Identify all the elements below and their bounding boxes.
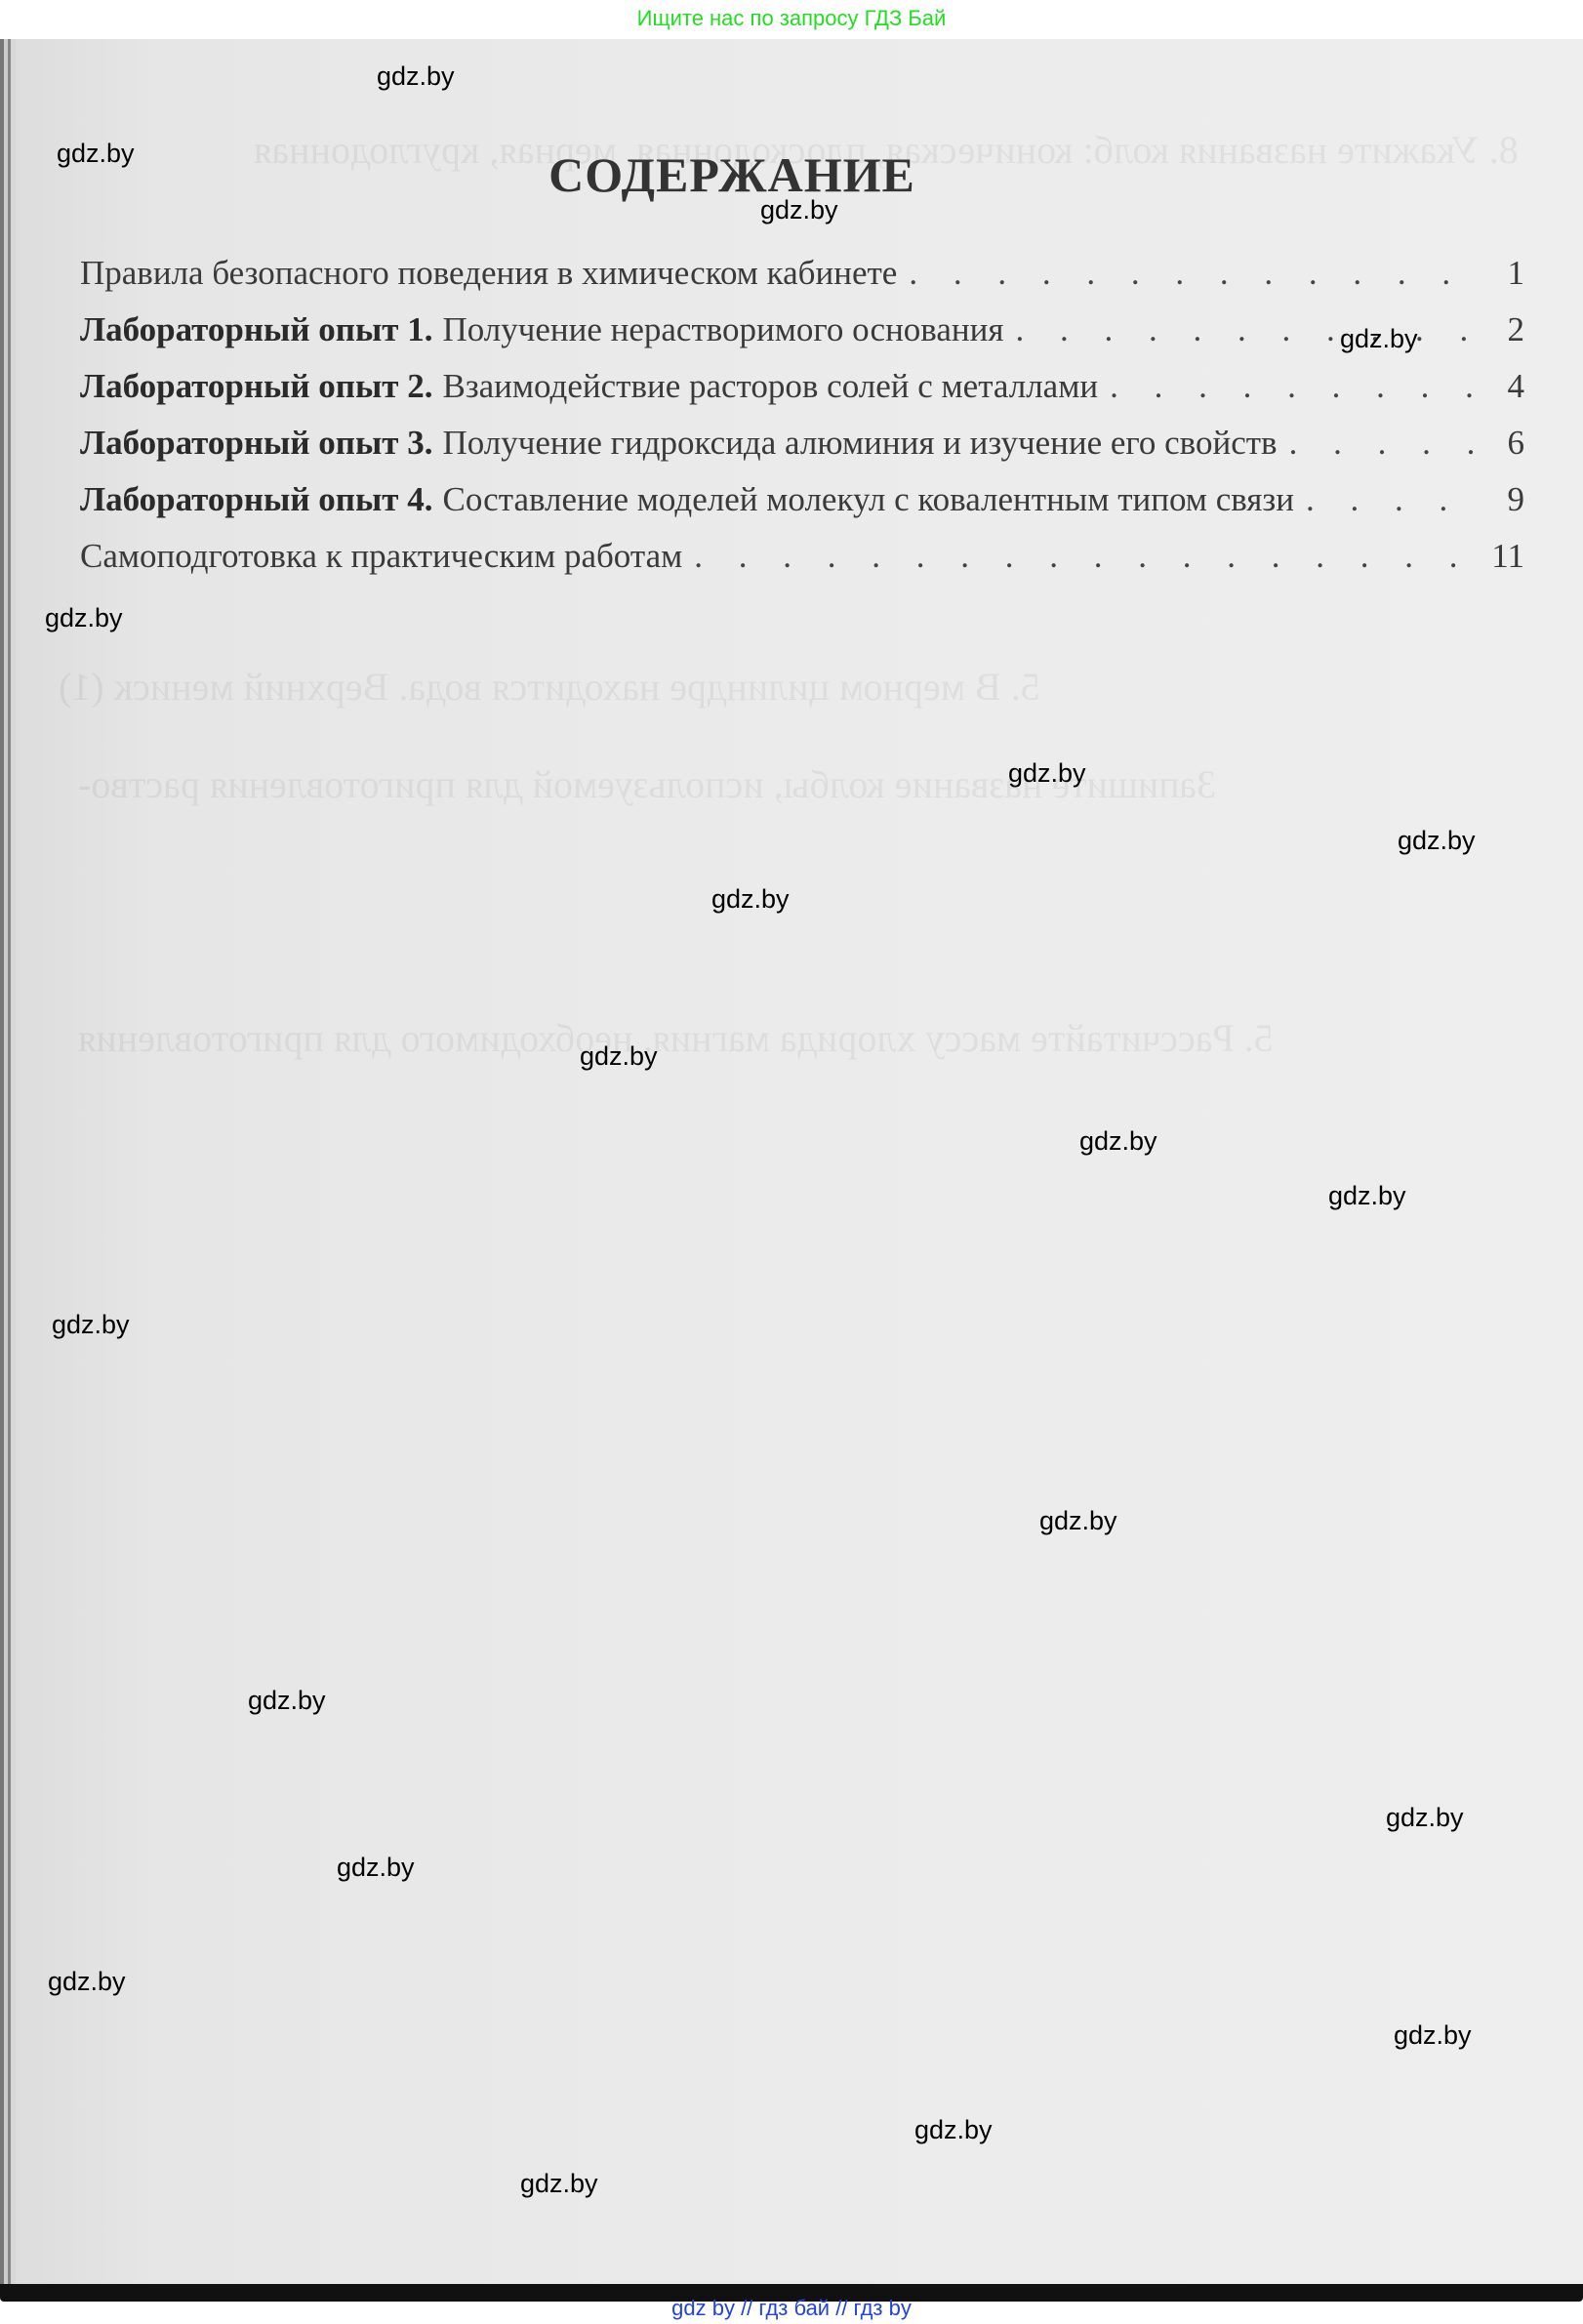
toc-entry[interactable]: Самоподготовка к практическим работам . …	[80, 537, 1524, 593]
toc-leader-dots: . . . . . . . . . . . . . . . . . . . . …	[1306, 480, 1474, 519]
watermark: gdz.by	[337, 1853, 415, 1883]
search-banner-link[interactable]: Ищите нас по запросу ГДЗ Бай	[0, 0, 1583, 39]
watermark: gdz.by	[45, 603, 123, 633]
toc-page-number: 2	[1485, 310, 1524, 349]
toc-entry[interactable]: Лабораторный опыт 1. Получение нераствор…	[80, 310, 1524, 367]
watermark: gdz.by	[377, 61, 455, 92]
toc-leader-dots: . . . . . . . . . . . . . . . . . . . . …	[909, 254, 1474, 293]
toc-entry[interactable]: Лабораторный опыт 4. Составление моделей…	[80, 480, 1524, 537]
watermark: gdz.by	[48, 1967, 126, 1997]
toc-entry-title: Самоподготовка к практическим работам	[80, 537, 682, 576]
watermark: gdz.by	[1398, 826, 1476, 856]
watermark: gdz.by	[52, 1310, 130, 1340]
textbook-page: 8. Укажите названия колб: коническая, пл…	[0, 39, 1583, 2302]
watermark: gdz.by	[914, 2115, 993, 2145]
watermark: gdz.by	[580, 1041, 658, 1072]
watermark: gdz.by	[760, 195, 838, 225]
toc-leader-dots: . . . . . . . . . . . . . . . . . . . . …	[1110, 367, 1474, 406]
toc-page-number: 1	[1485, 254, 1524, 293]
toc-page-number: 11	[1485, 537, 1524, 576]
toc-page-number: 9	[1485, 480, 1524, 519]
toc-entry-title: Взаимодействие расторов солей с металлам…	[442, 367, 1098, 406]
page-binding-edge	[0, 39, 16, 2284]
toc-entry[interactable]: Правила безопасного поведения в химическ…	[80, 254, 1524, 310]
watermark: gdz.by	[1328, 1181, 1406, 1211]
watermark: gdz.by	[1340, 324, 1418, 354]
watermark: gdz.by	[1008, 758, 1086, 789]
toc-entry-title: Получение нерастворимого основания	[442, 310, 1003, 349]
bleed-through-text: 5. Рассчитайте массу хлорида магния, нео…	[78, 1015, 1274, 1061]
watermark: gdz.by	[1079, 1126, 1157, 1157]
toc-entry[interactable]: Лабораторный опыт 2. Взаимодействие раст…	[80, 367, 1524, 424]
table-of-contents: Правила безопасного поведения в химическ…	[80, 254, 1524, 593]
bleed-through-text: 5. В мерном цилиндре находится вода. Вер…	[59, 664, 1040, 710]
watermark: gdz.by	[711, 884, 790, 915]
toc-entry-label: Лабораторный опыт 2.	[80, 367, 432, 406]
toc-leader-dots: . . . . . . . . . . . . . . . . . . . . …	[1289, 424, 1474, 463]
watermark: gdz.by	[1394, 2020, 1472, 2051]
footer-links[interactable]: gdz by // гдз бай // гдз by	[0, 2296, 1583, 2321]
toc-entry-label: Лабораторный опыт 4.	[80, 480, 432, 519]
toc-entry-title: Получение гидроксида алюминия и изучение…	[442, 424, 1277, 463]
page-title: СОДЕРЖАНИЕ	[0, 146, 1464, 203]
watermark: gdz.by	[1039, 1506, 1117, 1536]
toc-entry-title: Составление моделей молекул с ковалентны…	[442, 480, 1294, 519]
toc-entry-label: Лабораторный опыт 3.	[80, 424, 432, 463]
toc-leader-dots: . . . . . . . . . . . . . . . . . . . . …	[694, 537, 1474, 576]
toc-entry[interactable]: Лабораторный опыт 3. Получение гидроксид…	[80, 424, 1524, 480]
toc-entry-label: Лабораторный опыт 1.	[80, 310, 432, 349]
toc-page-number: 6	[1485, 424, 1524, 463]
watermark: gdz.by	[1386, 1803, 1464, 1833]
watermark: gdz.by	[248, 1686, 326, 1716]
watermark: gdz.by	[57, 139, 135, 169]
toc-entry-title: Правила безопасного поведения в химическ…	[80, 254, 897, 293]
watermark: gdz.by	[520, 2169, 598, 2199]
toc-page-number: 4	[1485, 367, 1524, 406]
